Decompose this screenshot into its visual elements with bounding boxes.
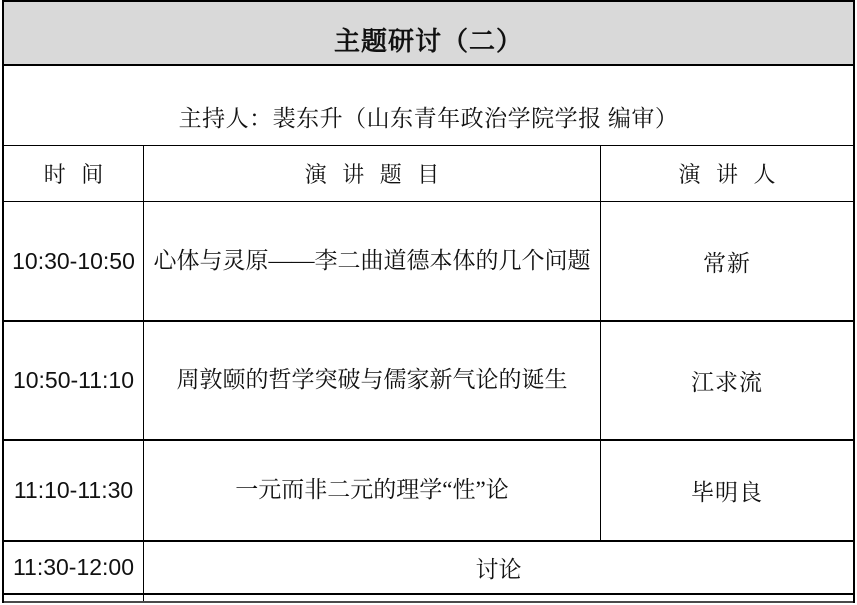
column-header-topic: 演 讲 题 目 [144, 146, 601, 201]
speaker-cell: 江求流 [601, 322, 853, 439]
time-value: 10:50-11:10 [13, 367, 134, 394]
topic-value: 心体与灵原——李二曲道德本体的几个问题 [154, 247, 591, 276]
topic-value: 周敦颐的哲学突破与儒家新气论的诞生 [177, 366, 568, 395]
time-value: 11:30-12:00 [13, 554, 134, 581]
table-row: 10:50-11:10 周敦颐的哲学突破与儒家新气论的诞生 江求流 [4, 322, 853, 441]
table-title-row: 主题研讨（二） [4, 2, 853, 66]
table-row: 11:10-11:30 一元而非二元的理学“性”论 毕明良 [4, 441, 853, 542]
cutoff-time-cell [4, 595, 144, 601]
section-title: 主题研讨（二） [334, 21, 523, 58]
table-row: 10:30-10:50 心体与灵原——李二曲道德本体的几个问题 常新 [4, 202, 853, 322]
moderator-row: 主持人：裴东升（山东青年政治学院学报 编审） [4, 66, 853, 146]
column-header-time: 时 间 [4, 146, 144, 201]
speaker-value: 毕明良 [691, 474, 763, 507]
topic-cell: 周敦颐的哲学突破与儒家新气论的诞生 [144, 322, 601, 439]
time-value: 11:10-11:30 [14, 477, 133, 504]
moderator-line: 主持人：裴东升（山东青年政治学院学报 编审） [179, 100, 679, 133]
time-value: 10:30-10:50 [12, 248, 135, 275]
topic-value: 一元而非二元的理学“性”论 [235, 476, 508, 505]
time-cell: 11:10-11:30 [4, 441, 144, 540]
discussion-cell: 讨论 [144, 542, 853, 593]
discussion-row: 11:30-12:00 讨论 [4, 542, 853, 595]
topic-cell: 一元而非二元的理学“性”论 [144, 441, 601, 540]
time-cell: 10:50-11:10 [4, 322, 144, 439]
speaker-cell: 常新 [601, 202, 853, 320]
cutoff-row [4, 595, 853, 603]
schedule-table: 主题研讨（二） 主持人：裴东升（山东青年政治学院学报 编审） 时 间 演 讲 题… [2, 0, 855, 603]
speaker-value: 常新 [703, 245, 751, 278]
speaker-value: 江求流 [691, 364, 763, 397]
column-header-speaker: 演 讲 人 [601, 146, 853, 201]
cutoff-cell [144, 595, 853, 601]
discussion-label: 讨论 [476, 551, 522, 584]
column-header-row: 时 间 演 讲 题 目 演 讲 人 [4, 146, 853, 202]
document-page: 主题研讨（二） 主持人：裴东升（山东青年政治学院学报 编审） 时 间 演 讲 题… [0, 0, 857, 605]
topic-cell: 心体与灵原——李二曲道德本体的几个问题 [144, 202, 601, 320]
time-cell: 10:30-10:50 [4, 202, 144, 320]
speaker-cell: 毕明良 [601, 441, 853, 540]
time-cell: 11:30-12:00 [4, 542, 144, 593]
